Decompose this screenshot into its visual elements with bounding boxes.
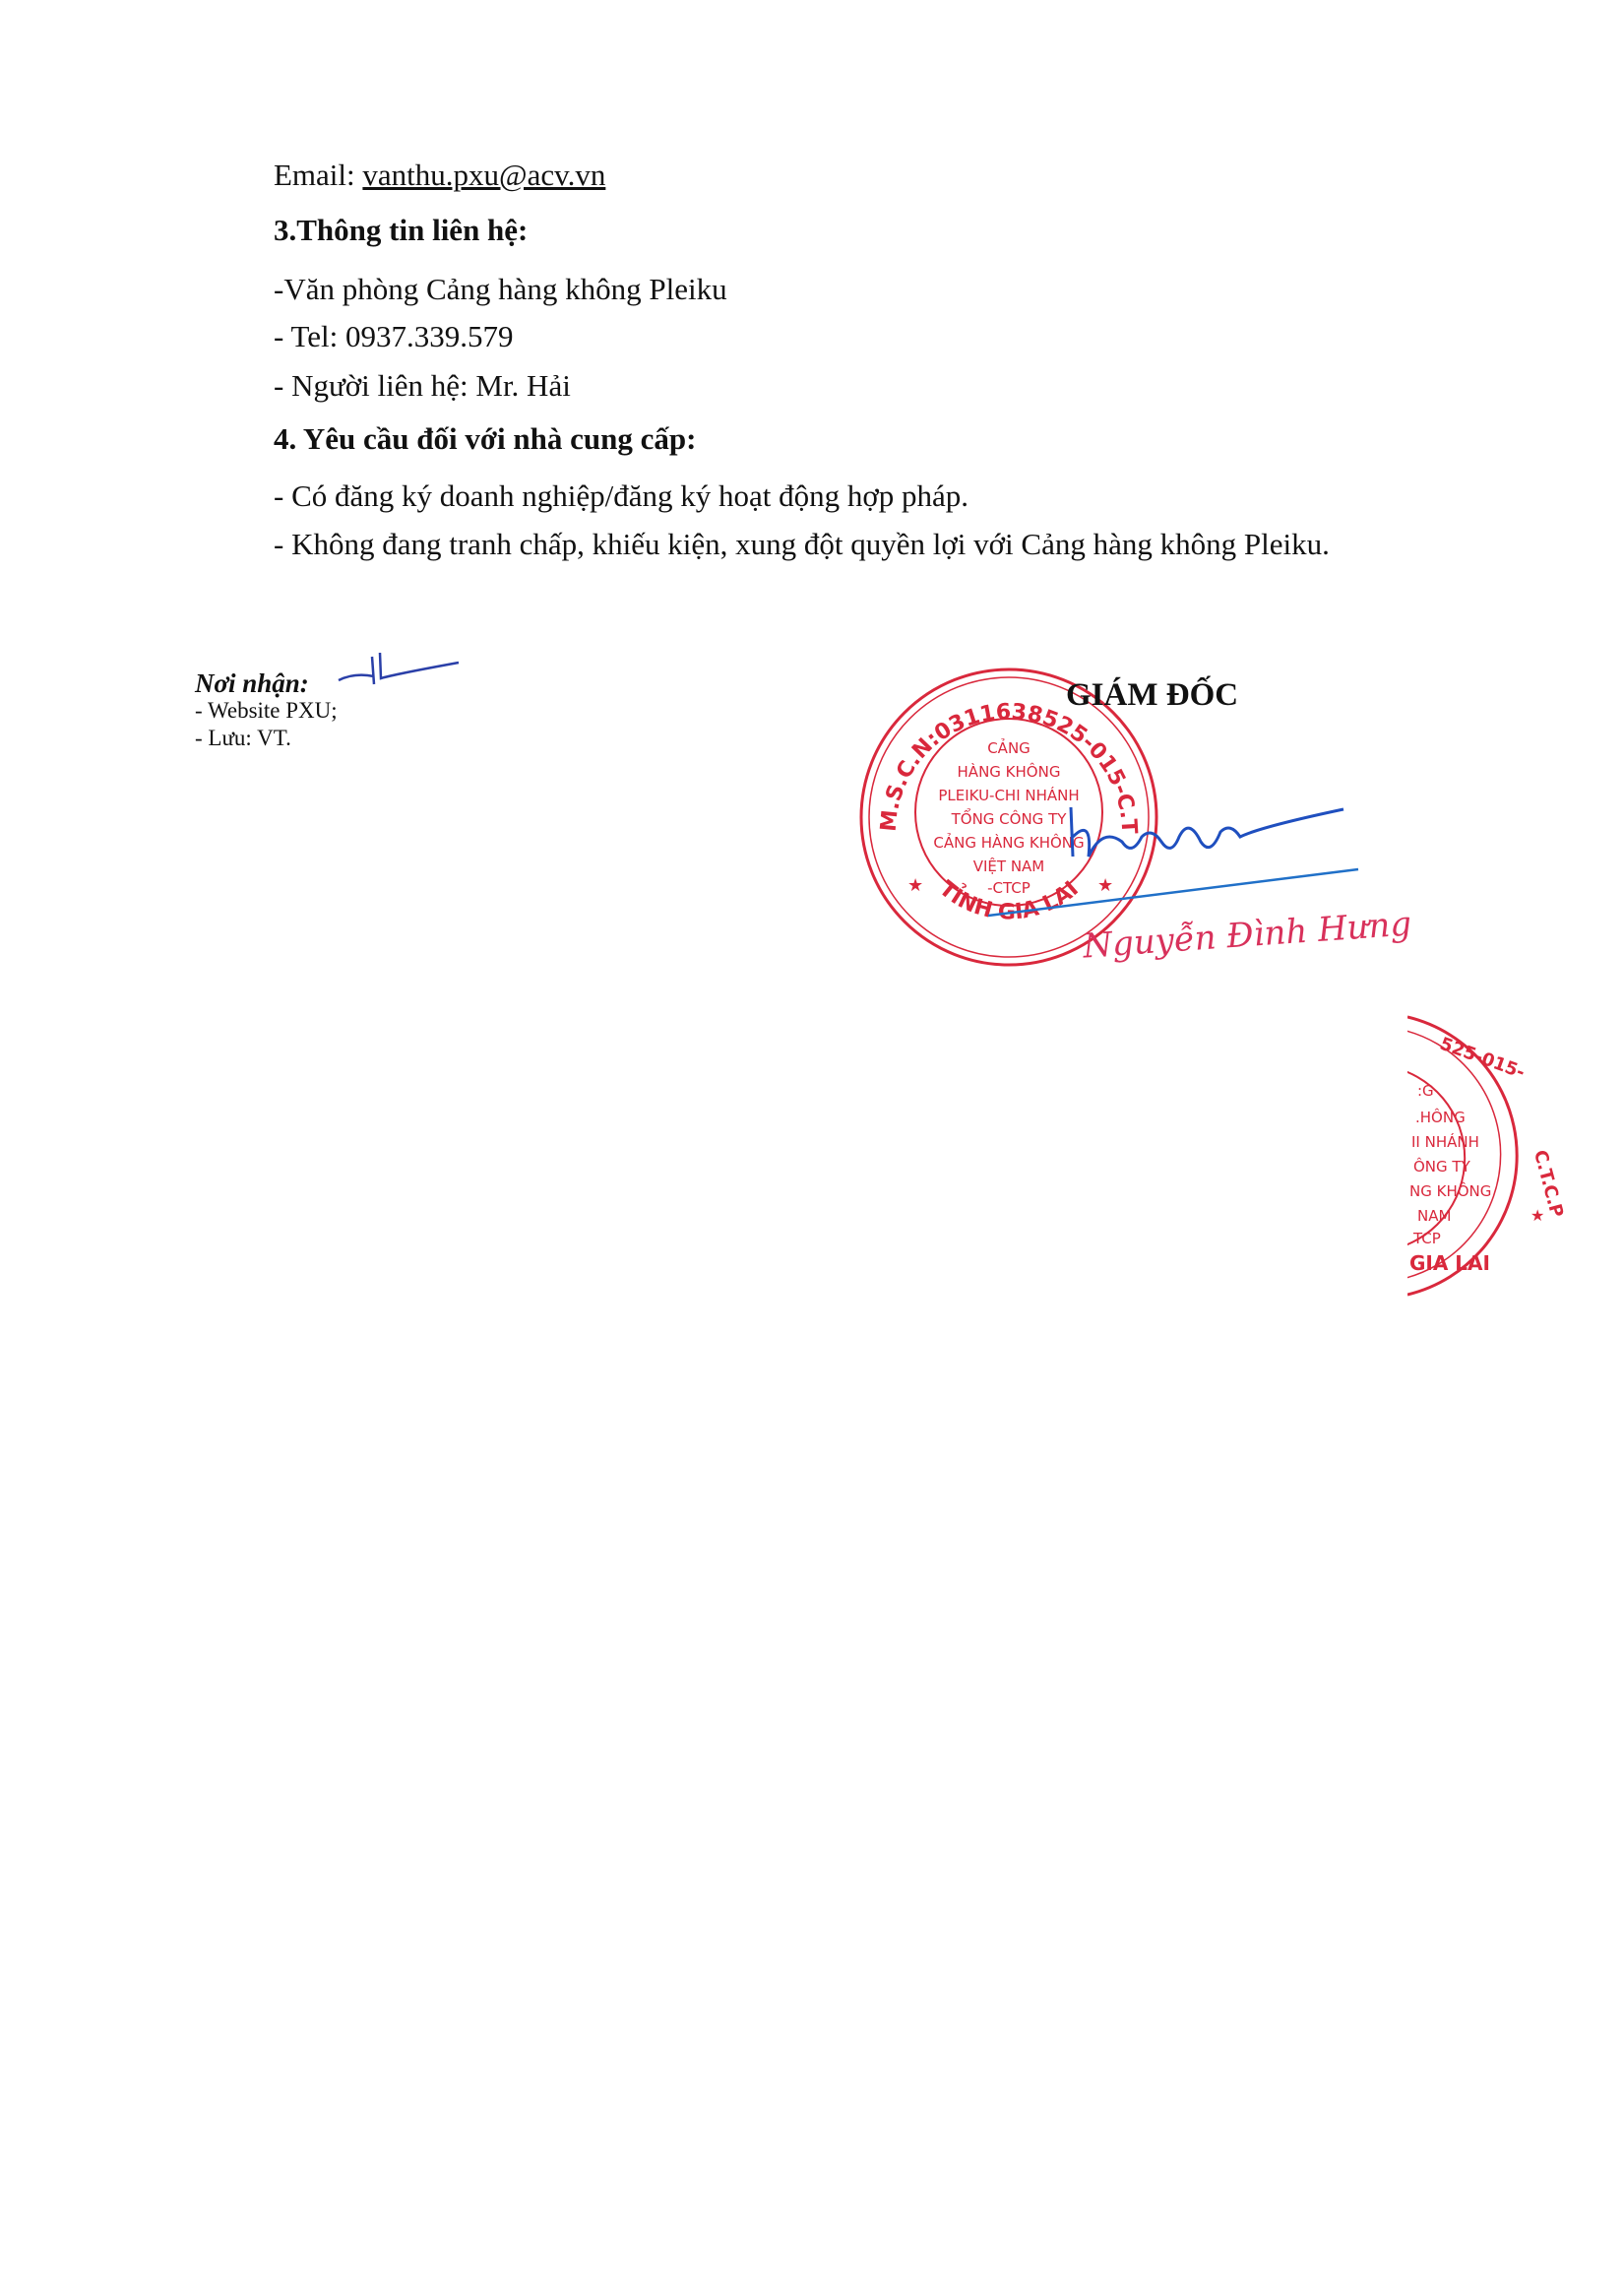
requirement-2: - Không đang tranh chấp, khiếu kiện, xun…: [197, 522, 1471, 567]
svg-text:PLEIKU-CHI NHÁNH: PLEIKU-CHI NHÁNH: [938, 786, 1079, 804]
recipients-block: Nơi nhận: - Website PXU; - Lưu: VT.: [195, 669, 338, 752]
svg-text:.HÔNG: .HÔNG: [1415, 1108, 1466, 1126]
svg-text:NAM: NAM: [1417, 1207, 1451, 1225]
svg-text:CẢNG HÀNG KHÔNG: CẢNG HÀNG KHÔNG: [933, 832, 1084, 852]
email-link[interactable]: vanthu.pxu@acv.vn: [362, 158, 605, 192]
svg-text:II NHÁNH: II NHÁNH: [1411, 1132, 1479, 1151]
recipient-item: - Website PXU;: [195, 697, 338, 725]
email-line: Email: vanthu.pxu@acv.vn: [274, 156, 605, 195]
contact-person: - Người liên hệ: Mr. Hải: [274, 366, 571, 406]
requirement-1: - Có đăng ký doanh nghiệp/đăng ký hoạt đ…: [274, 477, 968, 516]
section4-title: 4. Yêu cầu đối với nhà cung cấp:: [274, 419, 696, 459]
section3-title: 3.Thông tin liên hệ:: [274, 211, 528, 250]
svg-text:ÔNG TY: ÔNG TY: [1413, 1157, 1471, 1176]
svg-text:CẢNG: CẢNG: [987, 737, 1031, 757]
svg-text:★: ★: [907, 875, 923, 895]
contact-tel: - Tel: 0937.339.579: [274, 317, 514, 356]
recipients-title: Nơi nhận:: [195, 669, 338, 697]
svg-text:★: ★: [1530, 1206, 1544, 1225]
email-label: Email:: [274, 158, 362, 192]
svg-text:NG KHÔNG: NG KHÔNG: [1409, 1181, 1491, 1200]
svg-text:525-015-: 525-015-: [1437, 1034, 1528, 1084]
director-title: GIÁM ĐỐC: [1066, 677, 1238, 714]
svg-text:TCP: TCP: [1412, 1230, 1441, 1247]
svg-text::G: :G: [1417, 1082, 1434, 1100]
contact-office: -Văn phòng Cảng hàng không Pleiku: [274, 270, 727, 309]
svg-text:GIA LAI: GIA LAI: [1409, 1251, 1490, 1275]
partial-seal-stamp-icon: :G .HÔNG II NHÁNH ÔNG TY NG KHÔNG NAM TC…: [1407, 1009, 1624, 1304]
svg-text:TỔNG CÔNG TY: TỔNG CÔNG TY: [951, 807, 1068, 828]
svg-text:HÀNG KHÔNG: HÀNG KHÔNG: [958, 762, 1061, 781]
initial-mark-icon: [335, 645, 463, 694]
recipient-item: - Lưu: VT.: [195, 725, 338, 752]
